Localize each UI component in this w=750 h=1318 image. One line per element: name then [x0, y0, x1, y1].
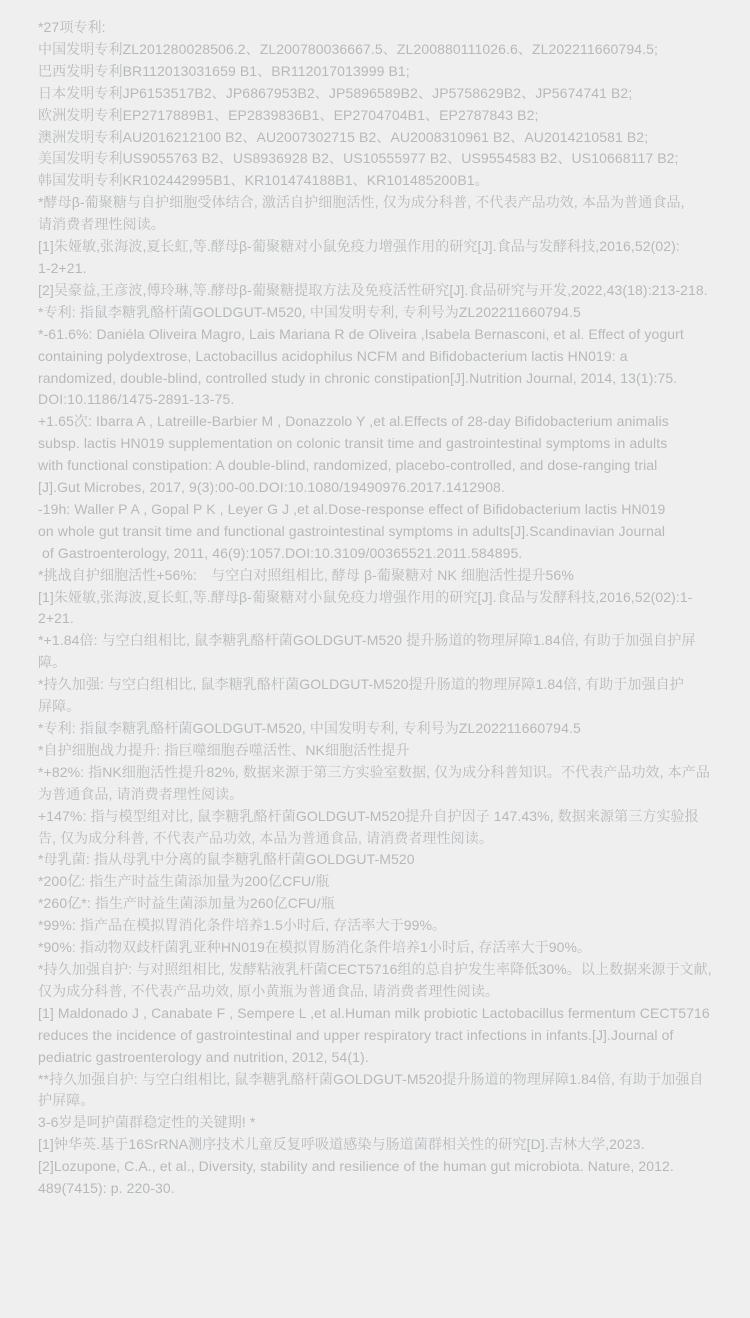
disclaimer-line: [2]Lozupone, C.A., et al., Diversity, st…	[38, 1156, 716, 1178]
disclaimer-line: [1]钟华英.基于16SrRNA测序技术儿童反复呼吸道感染与肠道菌群相关性的研究…	[38, 1134, 716, 1156]
disclaimer-line: +147%: 指与模型组对比, 鼠李糖乳酪杆菌GOLDGUT-M520提升自护因…	[38, 806, 716, 828]
disclaimer-line: 护屏障。	[38, 1090, 716, 1112]
disclaimer-line: *27项专利:	[38, 17, 716, 39]
disclaimer-line: *99%: 指产品在模拟胃消化条件培养1.5小时后, 存活率大于99%。	[38, 915, 716, 937]
disclaimer-line: 中国发明专利ZL201280028506.2、ZL200780036667.5、…	[38, 39, 716, 61]
disclaimer-line: *90%: 指动物双歧杆菌乳亚种HN019在模拟胃肠消化条件培养1小时后, 存活…	[38, 937, 716, 959]
disclaimer-text-block: *27项专利:中国发明专利ZL201280028506.2、ZL20078003…	[0, 0, 750, 1200]
disclaimer-line: *200亿: 指生产时益生菌添加量为200亿CFU/瓶	[38, 871, 716, 893]
disclaimer-line: *260亿*: 指生产时益生菌添加量为260亿CFU/瓶	[38, 893, 716, 915]
disclaimer-line: 韩国发明专利KR102442995B1、KR101474188B1、KR1014…	[38, 170, 716, 192]
disclaimer-line: 3-6岁是呵护菌群稳定性的关键期! *	[38, 1112, 716, 1134]
disclaimer-line: *+82%: 指NK细胞活性提升82%, 数据来源于第三方实验室数据, 仅为成分…	[38, 762, 716, 784]
disclaimer-line: of Gastroenterology, 2011, 46(9):1057.DO…	[38, 543, 716, 565]
disclaimer-line: *母乳菌: 指从母乳中分离的鼠李糖乳酪杆菌GOLDGUT-M520	[38, 849, 716, 871]
disclaimer-line: 仅为成分科普, 不代表产品功效, 原小黄瓶为普通食品, 请消费者理性阅读。	[38, 981, 716, 1003]
disclaimer-line: 欧洲发明专利EP2717889B1、EP2839836B1、EP2704704B…	[38, 105, 716, 127]
disclaimer-line: [J].Gut Microbes, 2017, 9(3):00-00.DOI:1…	[38, 477, 716, 499]
disclaimer-line: [2]吴豪益,王彦波,傅玲琳,等.酵母β-葡聚糖提取方法及免疫活性研究[J].食…	[38, 280, 716, 302]
disclaimer-line: 巴西发明专利BR112013031659 B1、BR112017013999 B…	[38, 61, 716, 83]
disclaimer-line: *酵母β-葡聚糖与自护细胞受体结合, 激活自护细胞活性, 仅为成分科普, 不代表…	[38, 192, 716, 214]
disclaimer-line: 1-2+21.	[38, 258, 716, 280]
disclaimer-line: *-61.6%: Daniéla Oliveira Magro, Lais Ma…	[38, 324, 716, 346]
disclaimer-line: 澳洲发明专利AU2016212100 B2、AU2007302715 B2、AU…	[38, 127, 716, 149]
disclaimer-line: -19h: Waller P A , Gopal P K , Leyer G J…	[38, 499, 716, 521]
disclaimer-line: [1]朱娅敏,张海波,夏长虹,等.酵母β-葡聚糖对小鼠免疫力增强作用的研究[J]…	[38, 236, 716, 258]
disclaimer-line: on whole gut transit time and functional…	[38, 521, 716, 543]
disclaimer-line: with functional constipation: A double-b…	[38, 455, 716, 477]
disclaimer-line: pediatric gastroenterology and nutrition…	[38, 1047, 716, 1069]
disclaimer-line: 美国发明专利US9055763 B2、US8936928 B2、US105559…	[38, 148, 716, 170]
product-disclaimer-page: *27项专利:中国发明专利ZL201280028506.2、ZL20078003…	[0, 0, 750, 1318]
disclaimer-line: 告, 仅为成分科普, 不代表产品功效, 本品为普通食品, 请消费者理性阅读。	[38, 828, 716, 850]
disclaimer-line: *+1.84倍: 与空白组相比, 鼠李糖乳酪杆菌GOLDGUT-M520 提升肠…	[38, 630, 716, 674]
disclaimer-line: [1] Maldonado J , Canabate F , Sempere L…	[38, 1003, 716, 1025]
disclaimer-line: [1]朱娅敏,张海波,夏长虹,等.酵母β-葡聚糖对小鼠免疫力增强作用的研究[J]…	[38, 587, 716, 631]
disclaimer-line: subsp. lactis HN019 supplementation on c…	[38, 433, 716, 455]
disclaimer-line: *专利: 指鼠李糖乳酪杆菌GOLDGUT-M520, 中国发明专利, 专利号为Z…	[38, 302, 716, 324]
disclaimer-line: 为普通食品, 请消费者理性阅读。	[38, 784, 716, 806]
disclaimer-line: *自护细胞战力提升: 指巨噬细胞吞噬活性、NK细胞活性提升	[38, 740, 716, 762]
disclaimer-line: +1.65次: Ibarra A , Latreille-Barbier M ,…	[38, 411, 716, 433]
disclaimer-line: *持久加强: 与空白组相比, 鼠李糖乳酪杆菌GOLDGUT-M520提升肠道的物…	[38, 674, 716, 696]
disclaimer-line: 请消费者理性阅读。	[38, 214, 716, 236]
disclaimer-line: DOI:10.1186/1475-2891-13-75.	[38, 389, 716, 411]
disclaimer-line: *挑战自护细胞活性+56%: 与空白对照组相比, 酵母 β-葡聚糖对 NK 细胞…	[38, 565, 716, 587]
disclaimer-line: *持久加强自护: 与对照组相比, 发酵粘液乳杆菌CECT5716组的总自护发生率…	[38, 959, 716, 981]
disclaimer-line: containing polydextrose, Lactobacillus a…	[38, 346, 716, 368]
disclaimer-line: 489(7415): p. 220-30.	[38, 1178, 716, 1200]
disclaimer-line: **持久加强自护: 与空白组相比, 鼠李糖乳酪杆菌GOLDGUT-M520提升肠…	[38, 1069, 716, 1091]
disclaimer-line: reduces the incidence of gastrointestina…	[38, 1025, 716, 1047]
disclaimer-line: randomized, double-blind, controlled stu…	[38, 368, 716, 390]
disclaimer-line: 日本发明专利JP6153517B2、JP6867953B2、JP5896589B…	[38, 83, 716, 105]
disclaimer-line: 屏障。	[38, 696, 716, 718]
disclaimer-line: *专利: 指鼠李糖乳酪杆菌GOLDGUT-M520, 中国发明专利, 专利号为Z…	[38, 718, 716, 740]
